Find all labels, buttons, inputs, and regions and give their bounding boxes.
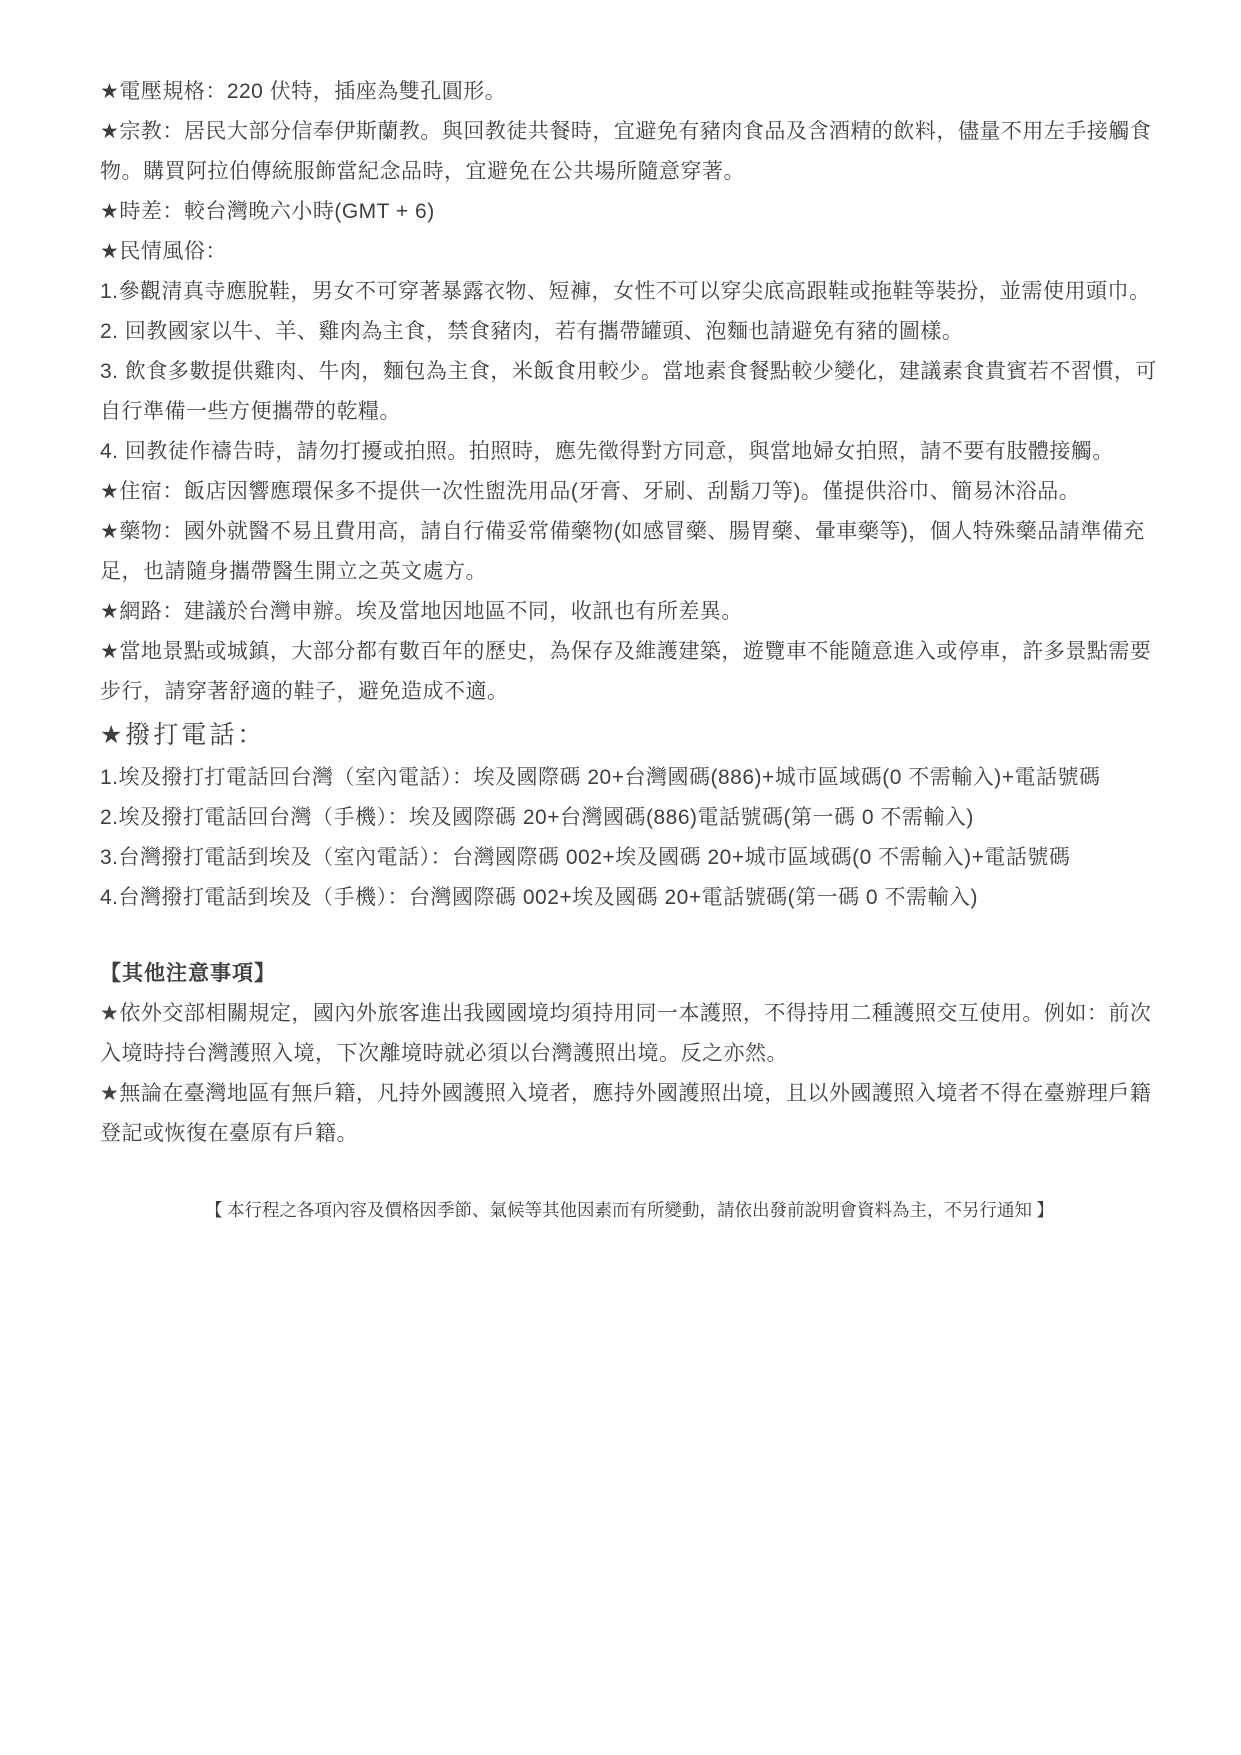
- paragraph-customs-3: 3. 飲食多數提供雞肉、牛肉，麵包為主食，米飯食用較少。當地素食餐點較少變化，建…: [100, 352, 1159, 432]
- paragraph-phone-3: 3.台灣撥打電話到埃及（室內電話）：台灣國際碼 002+埃及國碼 20+城市區域…: [100, 838, 1159, 878]
- paragraph-customs-heading: ★民情風俗：: [100, 232, 1159, 272]
- paragraph-medicine: ★藥物：國外就醫不易且費用高，請自行備妥常備藥物(如感冒藥、腸胃藥、暈車藥等)，…: [100, 512, 1159, 592]
- paragraph-household-registration: ★無論在臺灣地區有無戶籍，凡持外國護照入境者，應持外國護照出境，且以外國護照入境…: [100, 1074, 1159, 1154]
- paragraph-customs-4: 4. 回教徒作禱告時，請勿打擾或拍照。拍照時，應先徵得對方同意，與當地婦女拍照，…: [100, 432, 1159, 472]
- paragraph-phone-1: 1.埃及撥打打電話回台灣（室內電話）：埃及國際碼 20+台灣國碼(886)+城市…: [100, 758, 1159, 798]
- paragraph-accommodation: ★住宿：飯店因響應環保多不提供一次性盥洗用品(牙膏、牙刷、刮鬍刀等)。僅提供浴巾…: [100, 472, 1159, 512]
- paragraph-customs-2: 2. 回教國家以牛、羊、雞肉為主食，禁食豬肉，若有攜帶罐頭、泡麵也請避免有豬的圖…: [100, 312, 1159, 352]
- paragraph-attractions: ★當地景點或城鎮，大部分都有數百年的歷史，為保存及維護建築，遊覽車不能隨意進入或…: [100, 632, 1159, 712]
- paragraph-religion: ★宗教：居民大部分信奉伊斯蘭教。與回教徒共餐時，宜避免有豬肉食品及含酒精的飲料，…: [100, 112, 1159, 192]
- paragraph-passport-rule: ★依外交部相關規定，國內外旅客進出我國國境均須持用同一本護照，不得持用二種護照交…: [100, 994, 1159, 1074]
- paragraph-customs-1: 1.參觀清真寺應脫鞋，男女不可穿著暴露衣物、短褲，女性不可以穿尖底高跟鞋或拖鞋等…: [100, 272, 1159, 312]
- heading-other-notes: 【其他注意事項】: [100, 954, 1159, 994]
- footer-disclaimer-note: 【 本行程之各項內容及價格因季節、氣候等其他因素而有所變動，請依出發前說明會資料…: [100, 1196, 1159, 1224]
- paragraph-phone-2: 2.埃及撥打電話回台灣（手機）：埃及國際碼 20+台灣國碼(886)電話號碼(第…: [100, 798, 1159, 838]
- paragraph-network: ★網路：建議於台灣申辦。埃及當地因地區不同，收訊也有所差異。: [100, 592, 1159, 632]
- paragraph-phone-4: 4.台灣撥打電話到埃及（手機）：台灣國際碼 002+埃及國碼 20+電話號碼(第…: [100, 878, 1159, 918]
- paragraph-voltage: ★電壓規格：220 伏特，插座為雙孔圓形。: [100, 72, 1159, 112]
- paragraph-time-difference: ★時差：較台灣晚六小時(GMT + 6): [100, 192, 1159, 232]
- heading-phone-dialing: ★撥打電話：: [100, 712, 1159, 758]
- document-page: ★電壓規格：220 伏特，插座為雙孔圓形。 ★宗教：居民大部分信奉伊斯蘭教。與回…: [0, 0, 1241, 1755]
